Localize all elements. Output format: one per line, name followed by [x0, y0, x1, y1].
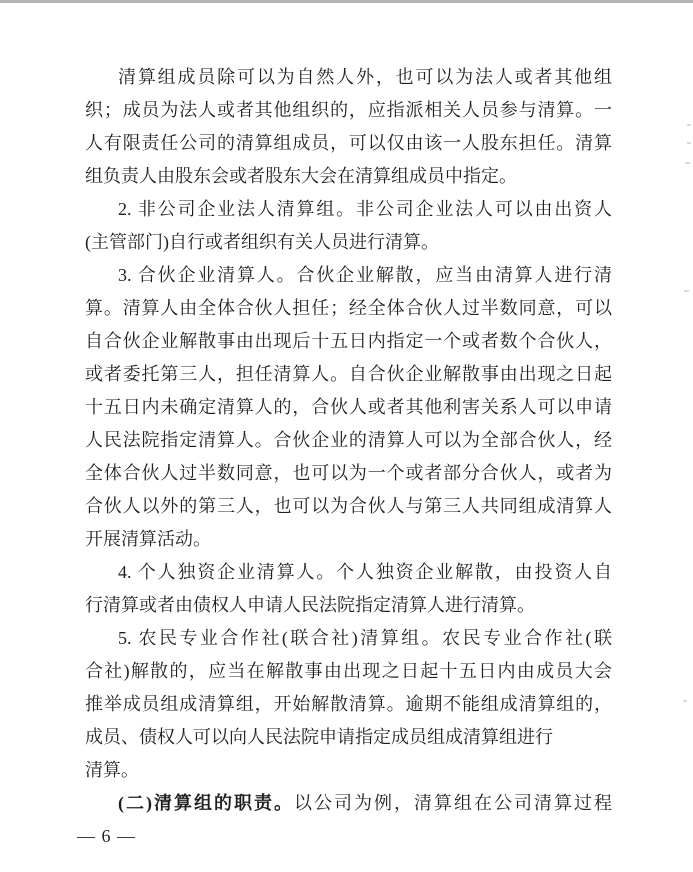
section-heading-line: (二)清算组的职责。以公司为例，清算组在公司清算过程	[85, 787, 612, 820]
paragraph-item-4: 4. 个人独资企业清算人。个人独资企业解散，由投资人自 行清算或者由债权人申请人…	[85, 556, 612, 622]
scan-artifact	[685, 162, 690, 164]
scan-artifact	[683, 700, 687, 702]
text-line: 十五日内未确定清算人的，合伙人或者其他利害关系人可以申请	[85, 391, 612, 424]
text-line: 3. 合伙企业清算人。合伙企业解散，应当由清算人进行清	[85, 259, 612, 292]
scan-artifact	[684, 290, 689, 292]
text-line: 全体合伙人过半数同意，也可以为一个或者部分合伙人，或者为	[85, 457, 612, 490]
scan-top-edge	[0, 0, 693, 3]
scanned-document-page: 清算组成员除可以为自然人外，也可以为法人或者其他组 织；成员为法人或者其他组织的…	[0, 0, 693, 872]
text-line: 推举成员组成清算组，开始解散清算。逾期不能组成清算组的，	[85, 688, 612, 721]
page-number: — 6 —	[77, 826, 136, 846]
paragraph-intro: 清算组成员除可以为自然人外，也可以为法人或者其他组 织；成员为法人或者其他组织的…	[85, 61, 612, 193]
text-line: 清算组成员除可以为自然人外，也可以为法人或者其他组	[85, 61, 612, 94]
paragraph-item-3: 3. 合伙企业清算人。合伙企业解散，应当由清算人进行清 算。清算人由全体合伙人担…	[85, 259, 612, 556]
document-body: 清算组成员除可以为自然人外，也可以为法人或者其他组 织；成员为法人或者其他组织的…	[85, 61, 612, 820]
text-line: (主管部门)自行或者组织有关人员进行清算。	[85, 226, 612, 259]
section-heading-rest: 以公司为例，清算组在公司清算过程	[294, 793, 612, 813]
paragraph-item-5: 5. 农民专业合作社(联合社)清算组。农民专业合作社(联 合社)解散的，应当在解…	[85, 622, 612, 787]
text-line: 算。清算人由全体合伙人担任；经全体合伙人过半数同意，可以	[85, 292, 612, 325]
text-line: 行清算或者由债权人申请人民法院指定清算人进行清算。	[85, 589, 612, 622]
paragraph-item-2: 2. 非公司企业法人清算组。非公司企业法人可以由出资人 (主管部门)自行或者组织…	[85, 193, 612, 259]
text-line: 合伙人以外的第三人，也可以为合伙人与第三人共同组成清算人	[85, 490, 612, 523]
text-line: 人有限责任公司的清算组成员，可以仅由该一人股东担任。清算	[85, 127, 612, 160]
text-line: 成员、债权人可以向人民法院申请指定成员组成清算组进行	[85, 721, 612, 754]
text-line: 清算。	[85, 754, 612, 787]
text-line: 织；成员为法人或者其他组织的，应指派相关人员参与清算。一	[85, 94, 612, 127]
scan-artifact	[687, 142, 691, 144]
text-line: 5. 农民专业合作社(联合社)清算组。农民专业合作社(联	[85, 622, 612, 655]
text-line: 合社)解散的，应当在解散事由出现之日起十五日内由成员大会	[85, 655, 612, 688]
text-line: 2. 非公司企业法人清算组。非公司企业法人可以由出资人	[85, 193, 612, 226]
section-heading: (二)清算组的职责。	[118, 793, 294, 813]
text-line: 或者委托第三人，担任清算人。自合伙企业解散事由出现之日起	[85, 358, 612, 391]
paragraph-section-2: (二)清算组的职责。以公司为例，清算组在公司清算过程	[85, 787, 612, 820]
text-line: 4. 个人独资企业清算人。个人独资企业解散，由投资人自	[85, 556, 612, 589]
text-line: 自合伙企业解散事由出现后十五日内指定一个或者数个合伙人，	[85, 325, 612, 358]
scan-artifact	[687, 124, 691, 126]
text-line: 人民法院指定清算人。合伙企业的清算人可以为全部合伙人，经	[85, 424, 612, 457]
text-line: 组负责人由股东会或者股东大会在清算组成员中指定。	[85, 160, 612, 193]
text-line: 开展清算活动。	[85, 523, 612, 556]
